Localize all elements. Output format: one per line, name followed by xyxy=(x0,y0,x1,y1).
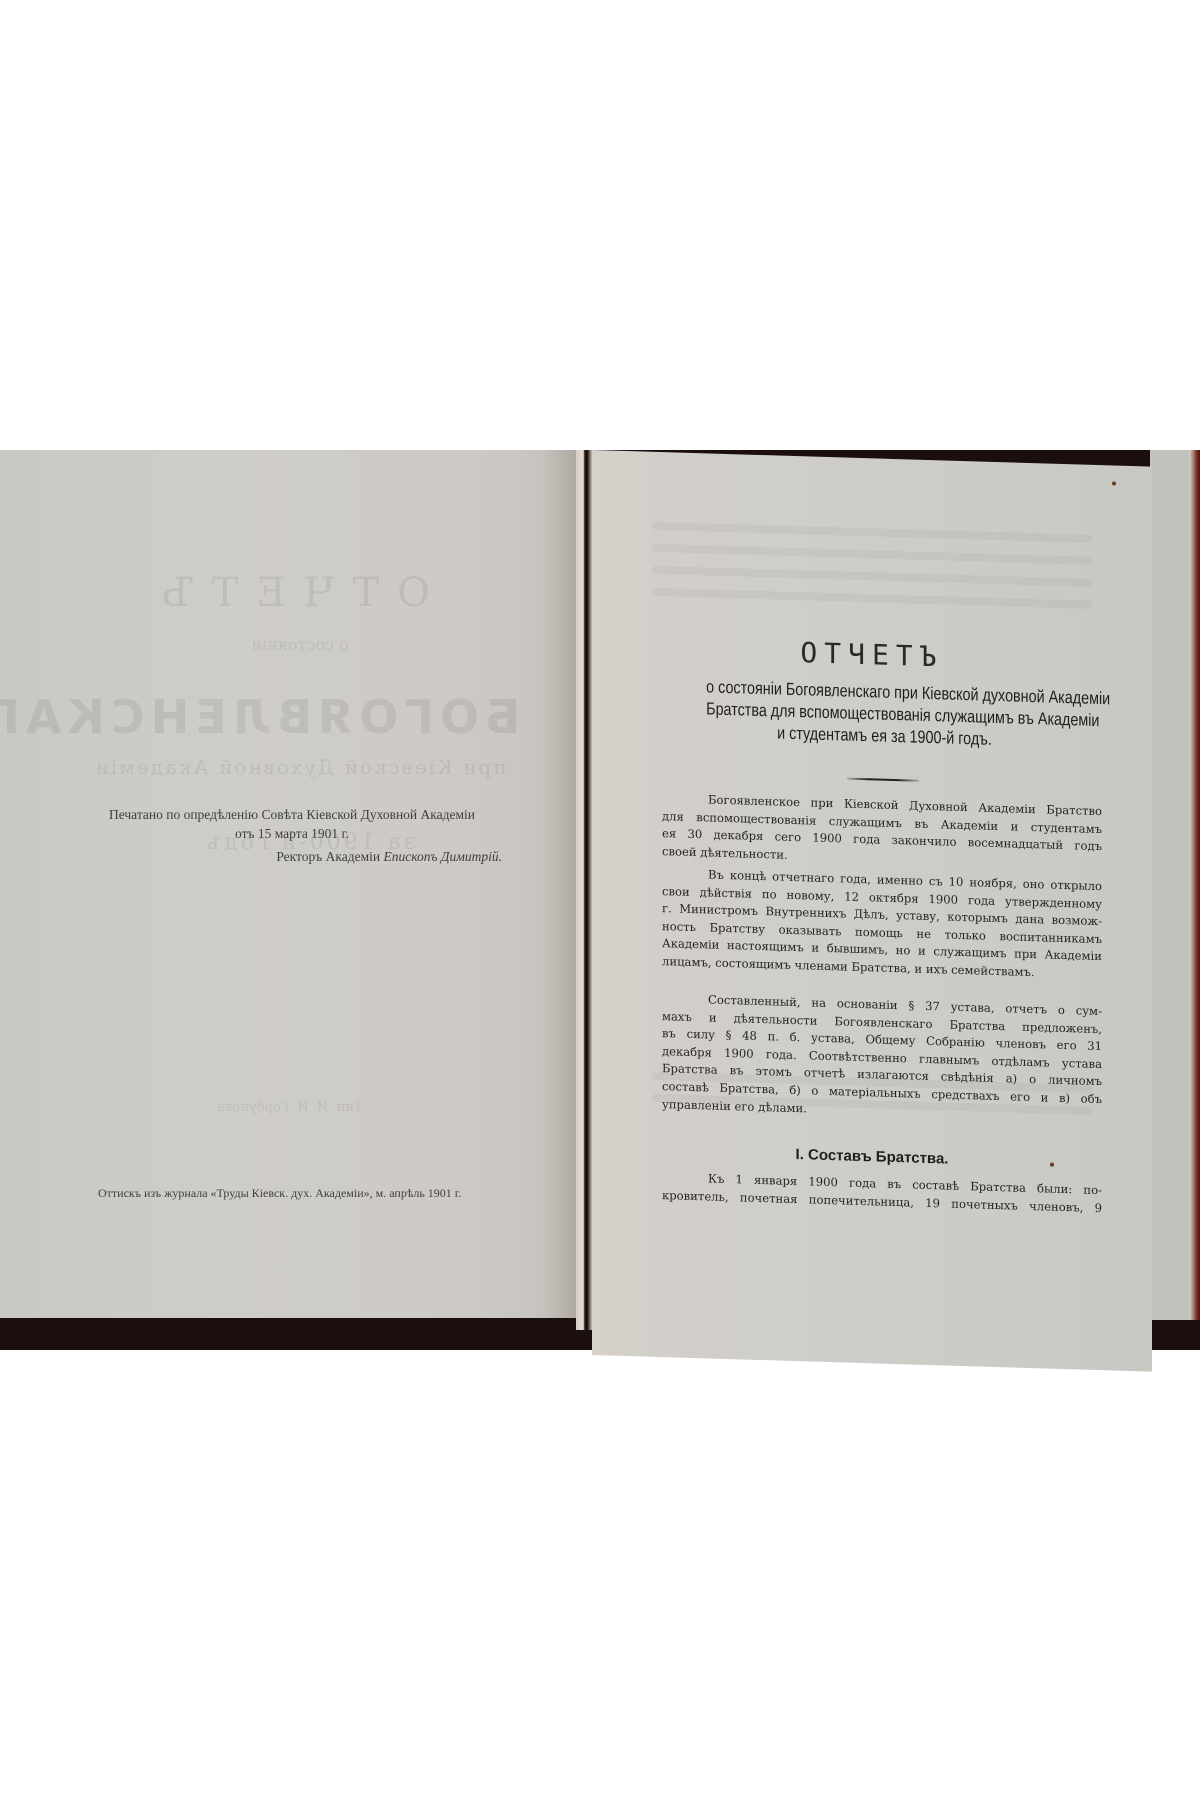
bleed-through-title: ОТЧЕТЪ xyxy=(170,570,430,616)
paragraph-intro: Богоявленское при Кіевской Духовной Акад… xyxy=(662,790,1102,873)
bleed-through-line: Тип. И. И. Горбунова xyxy=(80,1100,500,1115)
right-page: ОТЧЕТЪ о состояніи Богоявленскаго при Кі… xyxy=(592,450,1152,1372)
paragraph-report-structure: Составленный, на основаніи § 37 устава, … xyxy=(662,990,1102,1126)
paragraph-membership: Къ 1 января 1900 года въ составѣ Братств… xyxy=(662,1169,1102,1217)
page-edges xyxy=(1150,450,1200,1320)
bleed-through-line: о состояніи xyxy=(220,635,380,654)
document-subtitle: о состояніи Богоявленскаго при Кіевской … xyxy=(706,675,1063,752)
bleed-through-mark xyxy=(652,566,1092,587)
offprint-note: Оттискъ изъ журнала «Труды Кіевск. дух. … xyxy=(98,1186,461,1201)
printing-permission-imprint: Печатано по опредѣленію Совѣта Кіевской … xyxy=(82,805,502,866)
title-divider xyxy=(847,778,919,782)
bleed-through-heading: БОГОЯВЛЕНСКАГО xyxy=(70,690,520,744)
book-spread-photo: ОТЧЕТЪ о состояніи БОГОЯВЛЕНСКАГО при Кі… xyxy=(0,450,1200,1350)
document-title: ОТЧЕТЪ xyxy=(592,630,1152,680)
signature-name: Епископъ Димитрій. xyxy=(383,849,502,864)
bleed-through-mark xyxy=(652,544,1092,565)
bleed-through-mark xyxy=(652,522,1092,543)
right-page-content: ОТЧЕТЪ о состояніи Богоявленскаго при Кі… xyxy=(592,450,1152,1372)
book-spine xyxy=(576,450,592,1330)
left-page: ОТЧЕТЪ о состояніи БОГОЯВЛЕНСКАГО при Кі… xyxy=(0,450,576,1318)
bleed-through-line: при Кіевской Духовной Академіи xyxy=(90,755,510,779)
imprint-line: Печатано по опредѣленію Совѣта Кіевской … xyxy=(82,805,502,824)
bleed-through-mark xyxy=(652,588,1092,609)
paragraph-new-statute: Въ концѣ отчетнаго года, именно съ 10 но… xyxy=(662,865,1102,984)
imprint-signature: Ректоръ Академіи Епископъ Димитрій. xyxy=(82,847,502,866)
paper-speck xyxy=(1112,481,1116,485)
imprint-date: отъ 15 марта 1901 г. xyxy=(82,824,502,843)
paper-speck xyxy=(1050,1163,1054,1167)
signature-title: Ректоръ Академіи xyxy=(276,849,383,864)
